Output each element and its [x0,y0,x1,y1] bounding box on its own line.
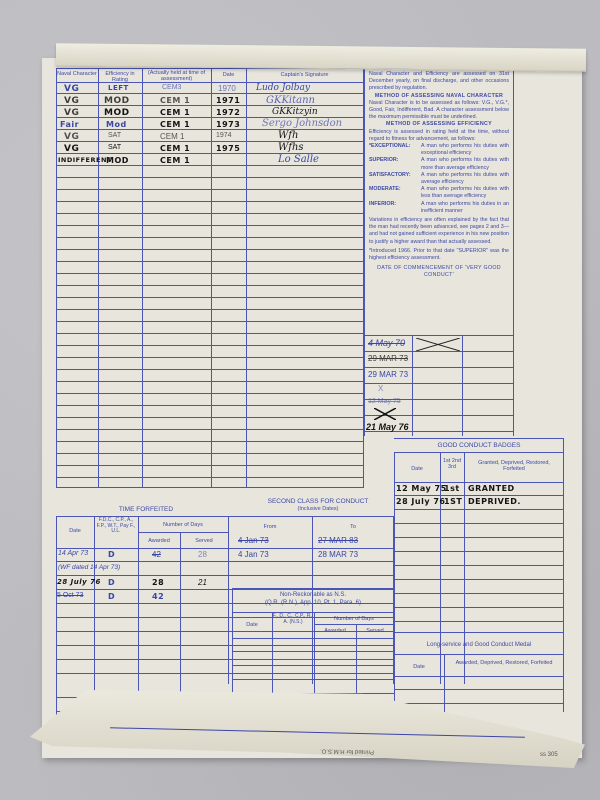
vgc-date: 12 May 75 [368,398,401,405]
badge-ordinal: 1st [444,484,460,493]
second-class-subheading: (Inclusive Dates) [242,506,394,512]
badges-header-date: Date [394,466,440,472]
vgc-date: X [378,384,383,393]
guidance-intro: Naval Character and Efficiency are asses… [369,71,509,93]
character-value: VG [64,96,79,106]
ls-header-date: Date [394,664,444,670]
rating-value: CEM 1 [160,144,190,153]
captain-signature: Wfh [278,130,298,141]
long-service-medal-section: Long-service and Good Conduct Medal Date… [394,632,564,712]
vgc-heading: DATE OF COMMENCEMENT OF 'VERY GOOD CONDU… [369,265,509,279]
header-naval-character: Naval Character [56,71,98,77]
rating-value: CEM3 [162,84,181,91]
badge-date: 12 May 75 [396,484,447,493]
efficiency-value: LEFT [108,84,129,92]
time-forfeited-heading: TIME FORFEITED [76,506,216,513]
sc-to: 27 MAR 83 [318,536,358,545]
vgc-date: 29 MAR 73 [368,370,408,379]
vgc-date: 21 May 76 [366,422,409,432]
tf-code: D [108,578,115,587]
vgc-date: 29 MAR 73 [368,354,408,363]
efficiency-value: SAT [108,132,121,139]
badge-ordinal: 1ST [444,497,462,506]
tf-date: 5 Oct 73 [57,592,83,599]
tf-awarded: 42 [152,550,161,559]
rating-value: CEM 1 [160,156,190,165]
tf-date: 28 July 76 [57,578,101,586]
tf-header-date: Date [56,528,94,534]
efficiency-heading: METHOD OF ASSESSING EFFICIENCY [369,121,509,128]
guidance-panel: Naval Character and Efficiency are asses… [364,68,514,336]
non-reckonable-heading: Non-Reckonable as N.S. [232,592,394,599]
character-value: INDIFFERENT [58,156,112,164]
efficiency-level: SATISFACTORY:A man who performs his duti… [369,172,509,186]
efficiency-value: MOD [104,96,130,106]
badge-action: GRANTED [468,484,515,493]
rating-value: CEM 1 [160,96,190,105]
date-value: 1974 [216,132,232,139]
tf-header-code: F.D.C., C.P., A., F.P., W.T., Pay F., U.… [96,518,136,535]
form-code: ss 305 [540,752,558,758]
efficiency-value: MOD [104,108,130,118]
efficiency-value: SAT [108,144,121,151]
header-date: Date [211,72,246,78]
sc-header-to: To [312,524,394,530]
tf-header-served: Served [180,538,228,544]
cross-out-mark [416,338,460,351]
efficiency-value: MOD [106,156,129,165]
nr-header-days: Number of Days [314,616,394,622]
footnote-text: *Introduced 1966. Prior to that date "SU… [369,248,509,262]
character-value: Fair [60,120,79,129]
captain-signature: Sergo Johnsdon [262,118,342,129]
character-table: Naval Character Efficiency in Rating (Ac… [56,68,364,488]
tf-header-awarded: Awarded [138,538,180,544]
rating-value: CEM 1 [160,132,184,141]
rating-value: CEM 1 [160,120,190,129]
tf-served: 21 [198,578,207,587]
badge-date: 28 July 76 [396,497,445,506]
sc-header-from: From [228,524,312,530]
cross-out-mark [374,408,396,420]
nr-header-served: Served [356,628,394,634]
nr-header-code: F., D., C., C.P., R., A. (N.S.) [272,614,314,625]
tf-awarded: 42 [152,592,164,601]
captain-signature: GKKitann [266,95,315,106]
naval-character-text: Naval Character is to be assessed as fol… [369,100,509,122]
vgc-date: 4 May 70 [368,338,405,348]
tf-date: 14 Apr 73 [58,550,88,557]
ls-header-action: Awarded, Deprived, Restored, Forfeited [446,660,562,666]
vgc-dates-grid: 4 May 70 29 MAR 73 29 MAR 73 X 12 May 75… [364,336,514,436]
header-efficiency: Efficiency in Rating [98,71,142,83]
character-value: VG [64,84,79,94]
long-service-heading: Long-service and Good Conduct Medal [394,642,564,649]
naval-character-heading: METHOD OF ASSESSING NAVAL CHARACTER [369,93,509,100]
tf-code: D [108,592,115,601]
tf-awarded: 28 [152,578,164,587]
captain-signature: Ludo Jolbay [256,83,310,93]
non-reckonable-subheading: (Q.R. (R.N.), App. 10, Pt. 1, Para. 6) [232,600,394,607]
nr-header-awarded: Awarded [314,628,356,634]
character-value: VG [64,144,79,154]
sc-to: 28 MAR 73 [318,550,358,559]
sc-from: 4 Jan 73 [238,536,269,545]
date-value: 1972 [216,108,240,117]
efficiency-level: INFERIOR:A man who performs his duties i… [369,201,509,215]
date-value: 1970 [218,84,236,93]
efficiency-level: *EXCEPTIONAL:A man who performs his duti… [369,143,509,157]
nr-header-date: Date [232,622,272,628]
badge-action: DEPRIVED. [468,497,521,506]
badges-header-action: Granted, Deprived, Restored, Forfeited [468,460,560,472]
captain-signature: Wfhs [278,142,304,153]
date-value: 1973 [216,120,240,129]
good-conduct-badges-heading: GOOD CONDUCT BADGES [394,442,564,449]
record-sheet: Naval Character Efficiency in Rating (Ac… [42,58,582,758]
character-value: VG [64,132,79,142]
captain-signature: GKKitzyin [272,107,318,117]
rating-value: CEM 1 [160,108,190,117]
header-rating-held: (Actually held at time of assessment) [142,70,211,82]
efficiency-value: Mod [106,120,127,129]
efficiency-level: SUPERIOR:A man who performs his duties w… [369,157,509,171]
second-class-heading: SECOND CLASS FOR CONDUCT [242,498,394,505]
tf-note: (WF dated 14 Apr 73) [58,564,120,571]
tf-header-days: Number of Days [138,522,228,528]
sc-from: 4 Jan 73 [238,550,269,559]
date-value: 1975 [216,144,240,153]
non-reckonable-section: Non-Reckonable as N.S. (Q.R. (R.N.), App… [232,588,394,708]
date-value: 1971 [216,96,240,105]
captain-signature: Lo Salle [278,154,319,165]
printer-imprint: Printed for H.M.S.O. [320,748,374,755]
variations-text: Variations in efficiency are often expla… [369,217,509,246]
efficiency-level: MODERATE:A man who performs his duties w… [369,186,509,200]
tf-code: D [108,550,115,559]
tf-served: 28 [198,550,207,559]
header-captains-signature: Captain's Signature [246,72,363,78]
character-value: VG [64,108,79,118]
efficiency-text: Efficiency is assessed in rating held at… [369,129,509,143]
badges-header-ordinal: 1st 2nd 3rd [442,458,462,470]
